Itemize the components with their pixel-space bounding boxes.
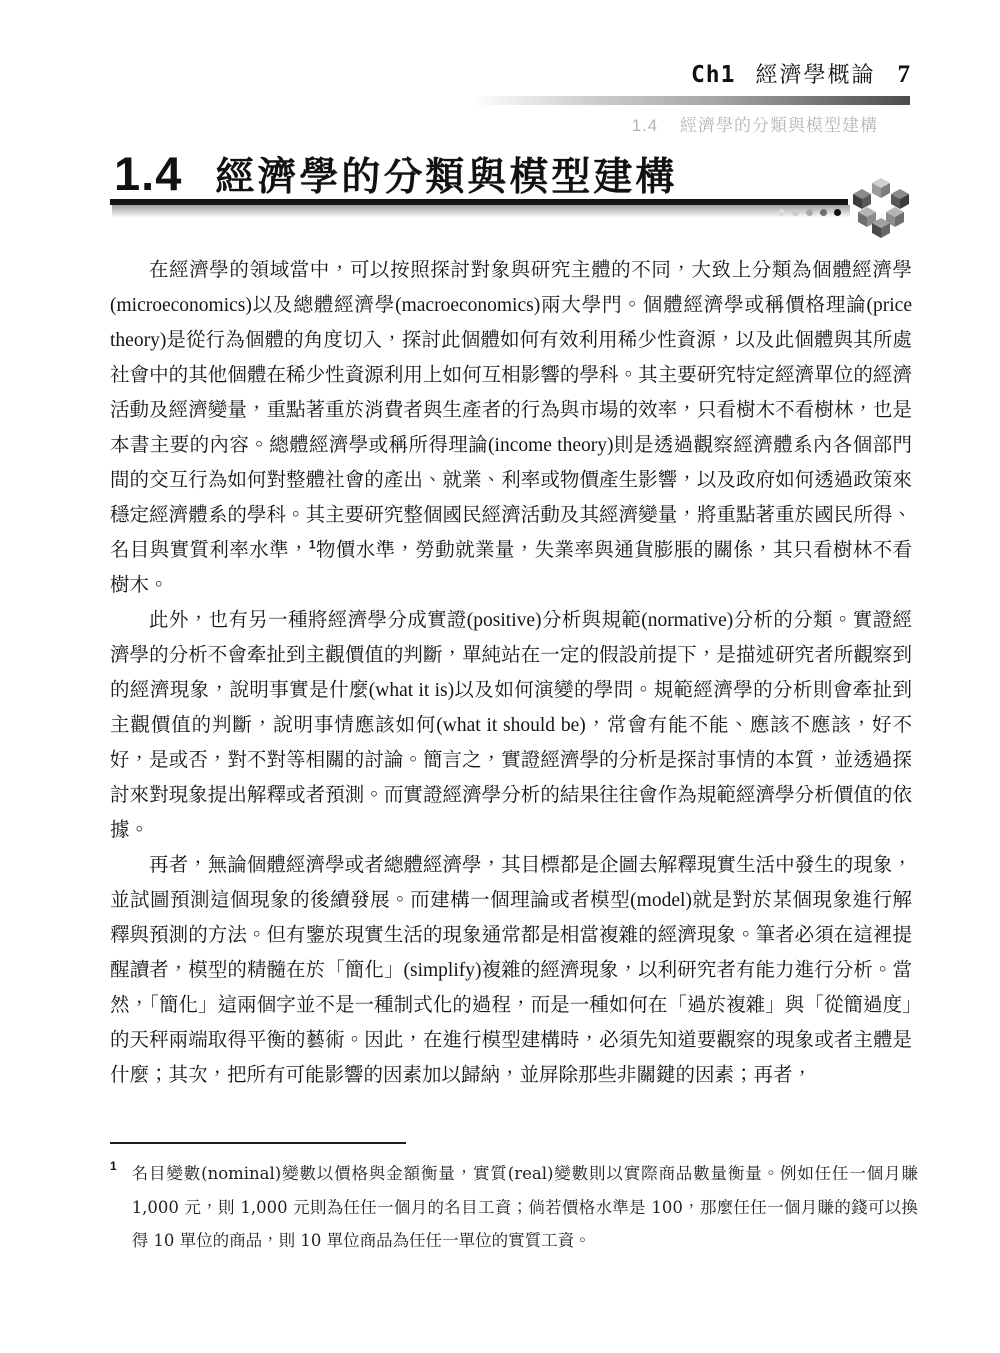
paragraph: 此外，也有另一種將經濟學分成實證(positive)分析與規範(normativ… xyxy=(110,603,912,848)
chapter-title: 經濟學概論 xyxy=(755,62,875,87)
running-head: Ch1 經濟學概論 7 xyxy=(691,58,910,89)
paragraph: 再者，無論個體經濟學或者總體經濟學，其目標都是企圖去解釋現實生活中發生的現象，並… xyxy=(110,848,912,1093)
header-gradient-bar xyxy=(470,96,910,105)
progress-dot xyxy=(834,209,841,216)
footnote-text: 名目變數(nominal)變數以價格與金額衡量，實質(real)變數則以實際商品… xyxy=(132,1157,918,1258)
footnote-separator xyxy=(110,1142,406,1144)
progress-dot xyxy=(778,209,785,216)
progress-dots xyxy=(778,209,841,216)
section-title-row: 1.4 經濟學的分類與模型建構 xyxy=(114,146,677,202)
progress-dot xyxy=(806,209,813,216)
title-rule-shadow xyxy=(112,205,850,219)
body-text: 在經濟學的領域當中，可以按照探討對象與研究主體的不同，大致上分類為個體經濟學(m… xyxy=(110,253,912,1093)
section-reference-title: 經濟學的分類與模型建構 xyxy=(680,116,878,135)
footnote-marker: 1 xyxy=(110,1157,117,1258)
section-title: 經濟學的分類與模型建構 xyxy=(215,146,677,202)
progress-dot xyxy=(820,209,827,216)
page-number: 7 xyxy=(898,61,911,88)
book-page: Ch1 經濟學概論 7 1.4 經濟學的分類與模型建構 1.4 經濟學的分類與模… xyxy=(0,0,1000,1353)
footnote-ref: 1 xyxy=(309,538,316,552)
progress-dot xyxy=(792,209,799,216)
chapter-label: Ch1 xyxy=(691,62,736,88)
footnote: 1 名目變數(nominal)變數以價格與金額衡量，實質(real)變數則以實際… xyxy=(110,1157,918,1258)
section-reference-number: 1.4 xyxy=(632,116,659,135)
section-reference: 1.4 經濟學的分類與模型建構 xyxy=(632,111,878,136)
cubes-logo-icon xyxy=(850,176,912,240)
paragraph: 在經濟學的領域當中，可以按照探討對象與研究主體的不同，大致上分類為個體經濟學(m… xyxy=(110,253,912,603)
section-number: 1.4 xyxy=(114,146,182,201)
